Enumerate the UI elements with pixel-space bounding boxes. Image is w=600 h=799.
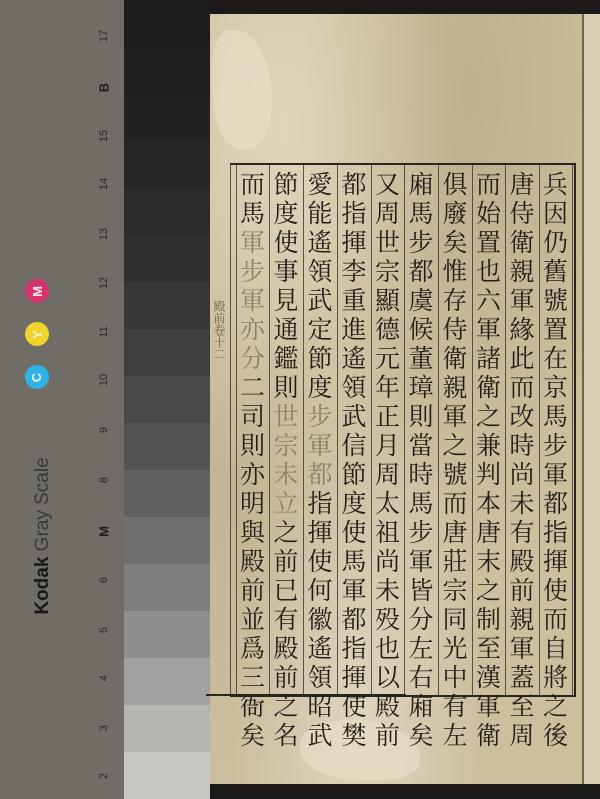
character: 能 <box>305 199 335 228</box>
character: 揮 <box>541 547 571 576</box>
character: 節 <box>305 344 335 373</box>
character: 而 <box>541 605 571 634</box>
character: 亦 <box>238 315 268 344</box>
character: 也 <box>373 634 403 663</box>
character: 之 <box>474 576 504 605</box>
character: 宗 <box>271 431 301 460</box>
character: 使 <box>305 547 335 576</box>
character: 則 <box>406 402 436 431</box>
character: 則 <box>238 431 268 460</box>
character: 軍 <box>305 431 335 460</box>
character: 則 <box>271 373 301 402</box>
scale-step-label: 9 <box>98 418 110 442</box>
character: 殿 <box>238 547 268 576</box>
scale-step-label: 8 <box>98 468 110 492</box>
character: 已 <box>271 576 301 605</box>
character: 判 <box>474 460 504 489</box>
gray-patch <box>124 470 210 518</box>
character: 而 <box>238 170 268 199</box>
character: 亦 <box>238 460 268 489</box>
character: 馬 <box>238 199 268 228</box>
character: 唐 <box>474 518 504 547</box>
character: 前 <box>271 547 301 576</box>
scale-step-label: 14 <box>98 172 110 196</box>
character: 愛 <box>305 170 335 199</box>
color-dot-c: C <box>25 365 49 389</box>
character: 號 <box>440 460 470 489</box>
character: 緣 <box>507 315 537 344</box>
character: 軍 <box>507 634 537 663</box>
gray-patch <box>124 141 210 189</box>
character: 都 <box>339 605 369 634</box>
character: 使 <box>339 518 369 547</box>
scale-step-label: 5 <box>98 618 110 642</box>
character: 並 <box>238 605 268 634</box>
character: 後 <box>541 721 571 750</box>
character: 殿 <box>271 634 301 663</box>
character: 宗 <box>373 257 403 286</box>
character: 未 <box>373 576 403 605</box>
scale-step-label: 15 <box>98 124 110 148</box>
gray-patch <box>124 47 210 95</box>
character: 俱 <box>440 170 470 199</box>
character: 當 <box>406 431 436 460</box>
character: 置 <box>474 228 504 257</box>
character: 惟 <box>440 257 470 286</box>
character: 蓋 <box>507 663 537 692</box>
character: 都 <box>541 489 571 518</box>
character: 步 <box>305 402 335 431</box>
character: 軍 <box>474 692 504 721</box>
character: 進 <box>339 315 369 344</box>
character: 度 <box>339 489 369 518</box>
character: 步 <box>406 228 436 257</box>
character: 馬 <box>339 547 369 576</box>
character: 廢 <box>440 199 470 228</box>
text-column: 俱廢矣惟存侍衛親軍之號而唐莊宗同光中有左 <box>438 170 472 695</box>
character: 樊 <box>339 721 369 750</box>
character: 舊 <box>541 257 571 286</box>
character: 馬 <box>541 402 571 431</box>
text-column: 愛能遙領武定節度步軍都指揮使何徽遙領昭武 <box>303 170 337 695</box>
character: 兵 <box>541 170 571 199</box>
character: 事 <box>271 257 301 286</box>
character: 同 <box>440 605 470 634</box>
character: 光 <box>440 634 470 663</box>
character: 周 <box>507 721 537 750</box>
character: 廂 <box>406 170 436 199</box>
character: 又 <box>373 170 403 199</box>
scale-step-label: M <box>97 520 112 544</box>
character: 軍 <box>541 460 571 489</box>
character: 前 <box>238 576 268 605</box>
character: 殁 <box>373 605 403 634</box>
character: 而 <box>474 170 504 199</box>
character: 信 <box>339 431 369 460</box>
character: 親 <box>440 373 470 402</box>
character: 周 <box>373 460 403 489</box>
character: 分 <box>406 605 436 634</box>
character: 步 <box>406 518 436 547</box>
character: 太 <box>373 489 403 518</box>
character: 號 <box>541 286 571 315</box>
character: 中 <box>440 663 470 692</box>
character: 都 <box>339 170 369 199</box>
character: 未 <box>271 460 301 489</box>
character: 自 <box>541 634 571 663</box>
character: 也 <box>474 257 504 286</box>
text-column: 又周世宗顯德元年正月周太祖尚未殁也以殿前 <box>371 170 404 695</box>
character: 指 <box>305 489 335 518</box>
gray-patch <box>124 94 210 142</box>
character: 何 <box>305 576 335 605</box>
character: 因 <box>541 199 571 228</box>
character: 揮 <box>339 228 369 257</box>
character: 指 <box>339 199 369 228</box>
character: 衛 <box>474 373 504 402</box>
character: 領 <box>305 257 335 286</box>
character: 唐 <box>507 170 537 199</box>
character: 顯 <box>373 286 403 315</box>
character: 六 <box>474 286 504 315</box>
character: 衛 <box>474 721 504 750</box>
character: 末 <box>474 547 504 576</box>
character: 武 <box>339 402 369 431</box>
character: 都 <box>305 460 335 489</box>
character: 名 <box>271 721 301 750</box>
character: 馬 <box>406 199 436 228</box>
character: 重 <box>339 286 369 315</box>
character: 遙 <box>305 634 335 663</box>
brand-light-text: Gray Scale <box>32 457 53 551</box>
character: 至 <box>507 692 537 721</box>
scale-step-label: 17 <box>98 24 110 48</box>
character: 世 <box>373 228 403 257</box>
character: 司 <box>238 402 268 431</box>
brand-bold-text: Kodak <box>32 557 53 615</box>
character: 度 <box>305 373 335 402</box>
character: 馬 <box>406 489 436 518</box>
next-leaf-edge <box>582 14 600 784</box>
character: 指 <box>541 518 571 547</box>
character: 尚 <box>507 460 537 489</box>
margin-annotation: 殿前卷十二 <box>214 300 228 500</box>
character: 揮 <box>305 518 335 547</box>
character: 領 <box>305 663 335 692</box>
scale-step-label: 2 <box>98 764 110 788</box>
color-dot-y: Y <box>25 322 49 346</box>
kodak-gray-scale-target: Kodak Gray Scale MYC 17B15141312111098M6… <box>0 0 124 799</box>
column-rule <box>572 165 573 695</box>
character: 度 <box>271 199 301 228</box>
character: 徽 <box>305 605 335 634</box>
character: 節 <box>271 170 301 199</box>
character: 使 <box>339 692 369 721</box>
text-column: 唐侍衛親軍緣此而改時尚未有殿前親軍蓋至周 <box>505 170 539 695</box>
scale-step-label: 3 <box>98 716 110 740</box>
character: 之 <box>271 518 301 547</box>
character: 左 <box>440 721 470 750</box>
scale-step-label: 13 <box>98 222 110 246</box>
character: 尚 <box>373 547 403 576</box>
character: 之 <box>271 692 301 721</box>
character: 分 <box>238 344 268 373</box>
character: 未 <box>507 489 537 518</box>
character: 候 <box>406 315 436 344</box>
character: 右 <box>406 663 436 692</box>
character: 漢 <box>474 663 504 692</box>
character: 宗 <box>440 576 470 605</box>
character: 時 <box>406 460 436 489</box>
character: 殿 <box>507 547 537 576</box>
character: 爲 <box>238 634 268 663</box>
character: 步 <box>238 257 268 286</box>
character: 李 <box>339 257 369 286</box>
character: 將 <box>541 663 571 692</box>
character: 指 <box>339 634 369 663</box>
character: 諸 <box>474 344 504 373</box>
character: 明 <box>238 489 268 518</box>
gray-patch <box>124 752 210 799</box>
character: 定 <box>305 315 335 344</box>
character: 之 <box>440 431 470 460</box>
character: 軍 <box>507 286 537 315</box>
character: 虞 <box>406 286 436 315</box>
scale-step-label: 6 <box>98 568 110 592</box>
character: 璋 <box>406 373 436 402</box>
character: 元 <box>373 344 403 373</box>
character: 見 <box>271 286 301 315</box>
character: 年 <box>373 373 403 402</box>
character: 揮 <box>339 663 369 692</box>
character: 仍 <box>541 228 571 257</box>
character: 立 <box>271 489 301 518</box>
scale-step-label: 4 <box>98 666 110 690</box>
character: 衛 <box>507 228 537 257</box>
character: 至 <box>474 634 504 663</box>
character: 前 <box>373 721 403 750</box>
scale-step-label: 11 <box>98 320 110 344</box>
gray-patch <box>124 564 210 612</box>
character: 矣 <box>406 721 436 750</box>
character: 有 <box>271 605 301 634</box>
character: 軍 <box>406 547 436 576</box>
character: 殿 <box>373 692 403 721</box>
character: 軍 <box>238 228 268 257</box>
character: 左 <box>406 634 436 663</box>
text-column: 廂馬步都虞候董璋則當時馬步軍皆分左右廂矣 <box>404 170 438 695</box>
character: 世 <box>271 402 301 431</box>
character: 都 <box>406 257 436 286</box>
gray-patch-strip <box>124 0 210 799</box>
scale-step-label: 10 <box>98 368 110 392</box>
character: 衙 <box>238 692 268 721</box>
scale-step-label: B <box>97 76 112 100</box>
gray-patch <box>124 329 210 377</box>
character: 武 <box>305 721 335 750</box>
character: 兼 <box>474 431 504 460</box>
gray-patch <box>124 0 210 48</box>
character: 而 <box>507 373 537 402</box>
character: 使 <box>541 576 571 605</box>
character: 唐 <box>440 518 470 547</box>
color-dot-m: M <box>25 279 49 303</box>
character: 此 <box>507 344 537 373</box>
gray-patch <box>124 658 210 706</box>
character: 改 <box>507 402 537 431</box>
gray-patch <box>124 376 210 424</box>
scale-step-label: 12 <box>98 271 110 295</box>
character: 周 <box>373 199 403 228</box>
character: 存 <box>440 286 470 315</box>
character: 之 <box>474 402 504 431</box>
character: 前 <box>507 576 537 605</box>
character: 軍 <box>238 286 268 315</box>
character: 節 <box>339 460 369 489</box>
kodak-brand-label: Kodak Gray Scale <box>32 451 54 621</box>
gray-patch <box>124 705 210 753</box>
gray-patch <box>124 423 210 471</box>
character: 而 <box>440 489 470 518</box>
character: 矣 <box>440 228 470 257</box>
character: 昭 <box>305 692 335 721</box>
text-column: 兵因仍舊號置在京馬步軍都指揮使而自將之後 <box>539 170 572 695</box>
character: 遙 <box>339 344 369 373</box>
character: 京 <box>541 373 571 402</box>
character: 親 <box>507 257 537 286</box>
character: 鑑 <box>271 344 301 373</box>
text-column: 而馬軍步軍亦分二司則亦明與殿前並爲三衙矣 <box>236 170 269 695</box>
character: 祖 <box>373 518 403 547</box>
character: 以 <box>373 663 403 692</box>
character: 使 <box>271 228 301 257</box>
character: 莊 <box>440 547 470 576</box>
text-column: 都指揮李重進遙領武信節度使馬軍都指揮使樊 <box>337 170 371 695</box>
character: 制 <box>474 605 504 634</box>
character: 前 <box>271 663 301 692</box>
character: 本 <box>474 489 504 518</box>
character: 軍 <box>474 315 504 344</box>
character: 有 <box>440 692 470 721</box>
character: 侍 <box>507 199 537 228</box>
character: 通 <box>271 315 301 344</box>
character: 之 <box>541 692 571 721</box>
character: 親 <box>507 605 537 634</box>
text-column: 而始置也六軍諸衛之兼判本唐末之制至漢軍衛 <box>472 170 505 695</box>
gray-patch <box>124 517 210 565</box>
gray-patch <box>124 282 210 330</box>
character: 侍 <box>440 315 470 344</box>
character: 始 <box>474 199 504 228</box>
gray-patch <box>124 235 210 283</box>
character: 遙 <box>305 228 335 257</box>
character: 與 <box>238 518 268 547</box>
character: 正 <box>373 402 403 431</box>
character: 矣 <box>238 721 268 750</box>
gray-patch <box>124 611 210 659</box>
text-column: 節度使事見通鑑則世宗未立之前已有殿前之名 <box>269 170 303 695</box>
character: 三 <box>238 663 268 692</box>
gray-patch <box>124 188 210 236</box>
character: 皆 <box>406 576 436 605</box>
character: 廂 <box>406 692 436 721</box>
character: 領 <box>339 373 369 402</box>
character: 有 <box>507 518 537 547</box>
character: 步 <box>541 431 571 460</box>
character: 軍 <box>339 576 369 605</box>
character: 置 <box>541 315 571 344</box>
character: 董 <box>406 344 436 373</box>
character: 衛 <box>440 344 470 373</box>
character: 武 <box>305 286 335 315</box>
character: 二 <box>238 373 268 402</box>
character: 時 <box>507 431 537 460</box>
character: 軍 <box>440 402 470 431</box>
character: 在 <box>541 344 571 373</box>
character: 德 <box>373 315 403 344</box>
character: 月 <box>373 431 403 460</box>
